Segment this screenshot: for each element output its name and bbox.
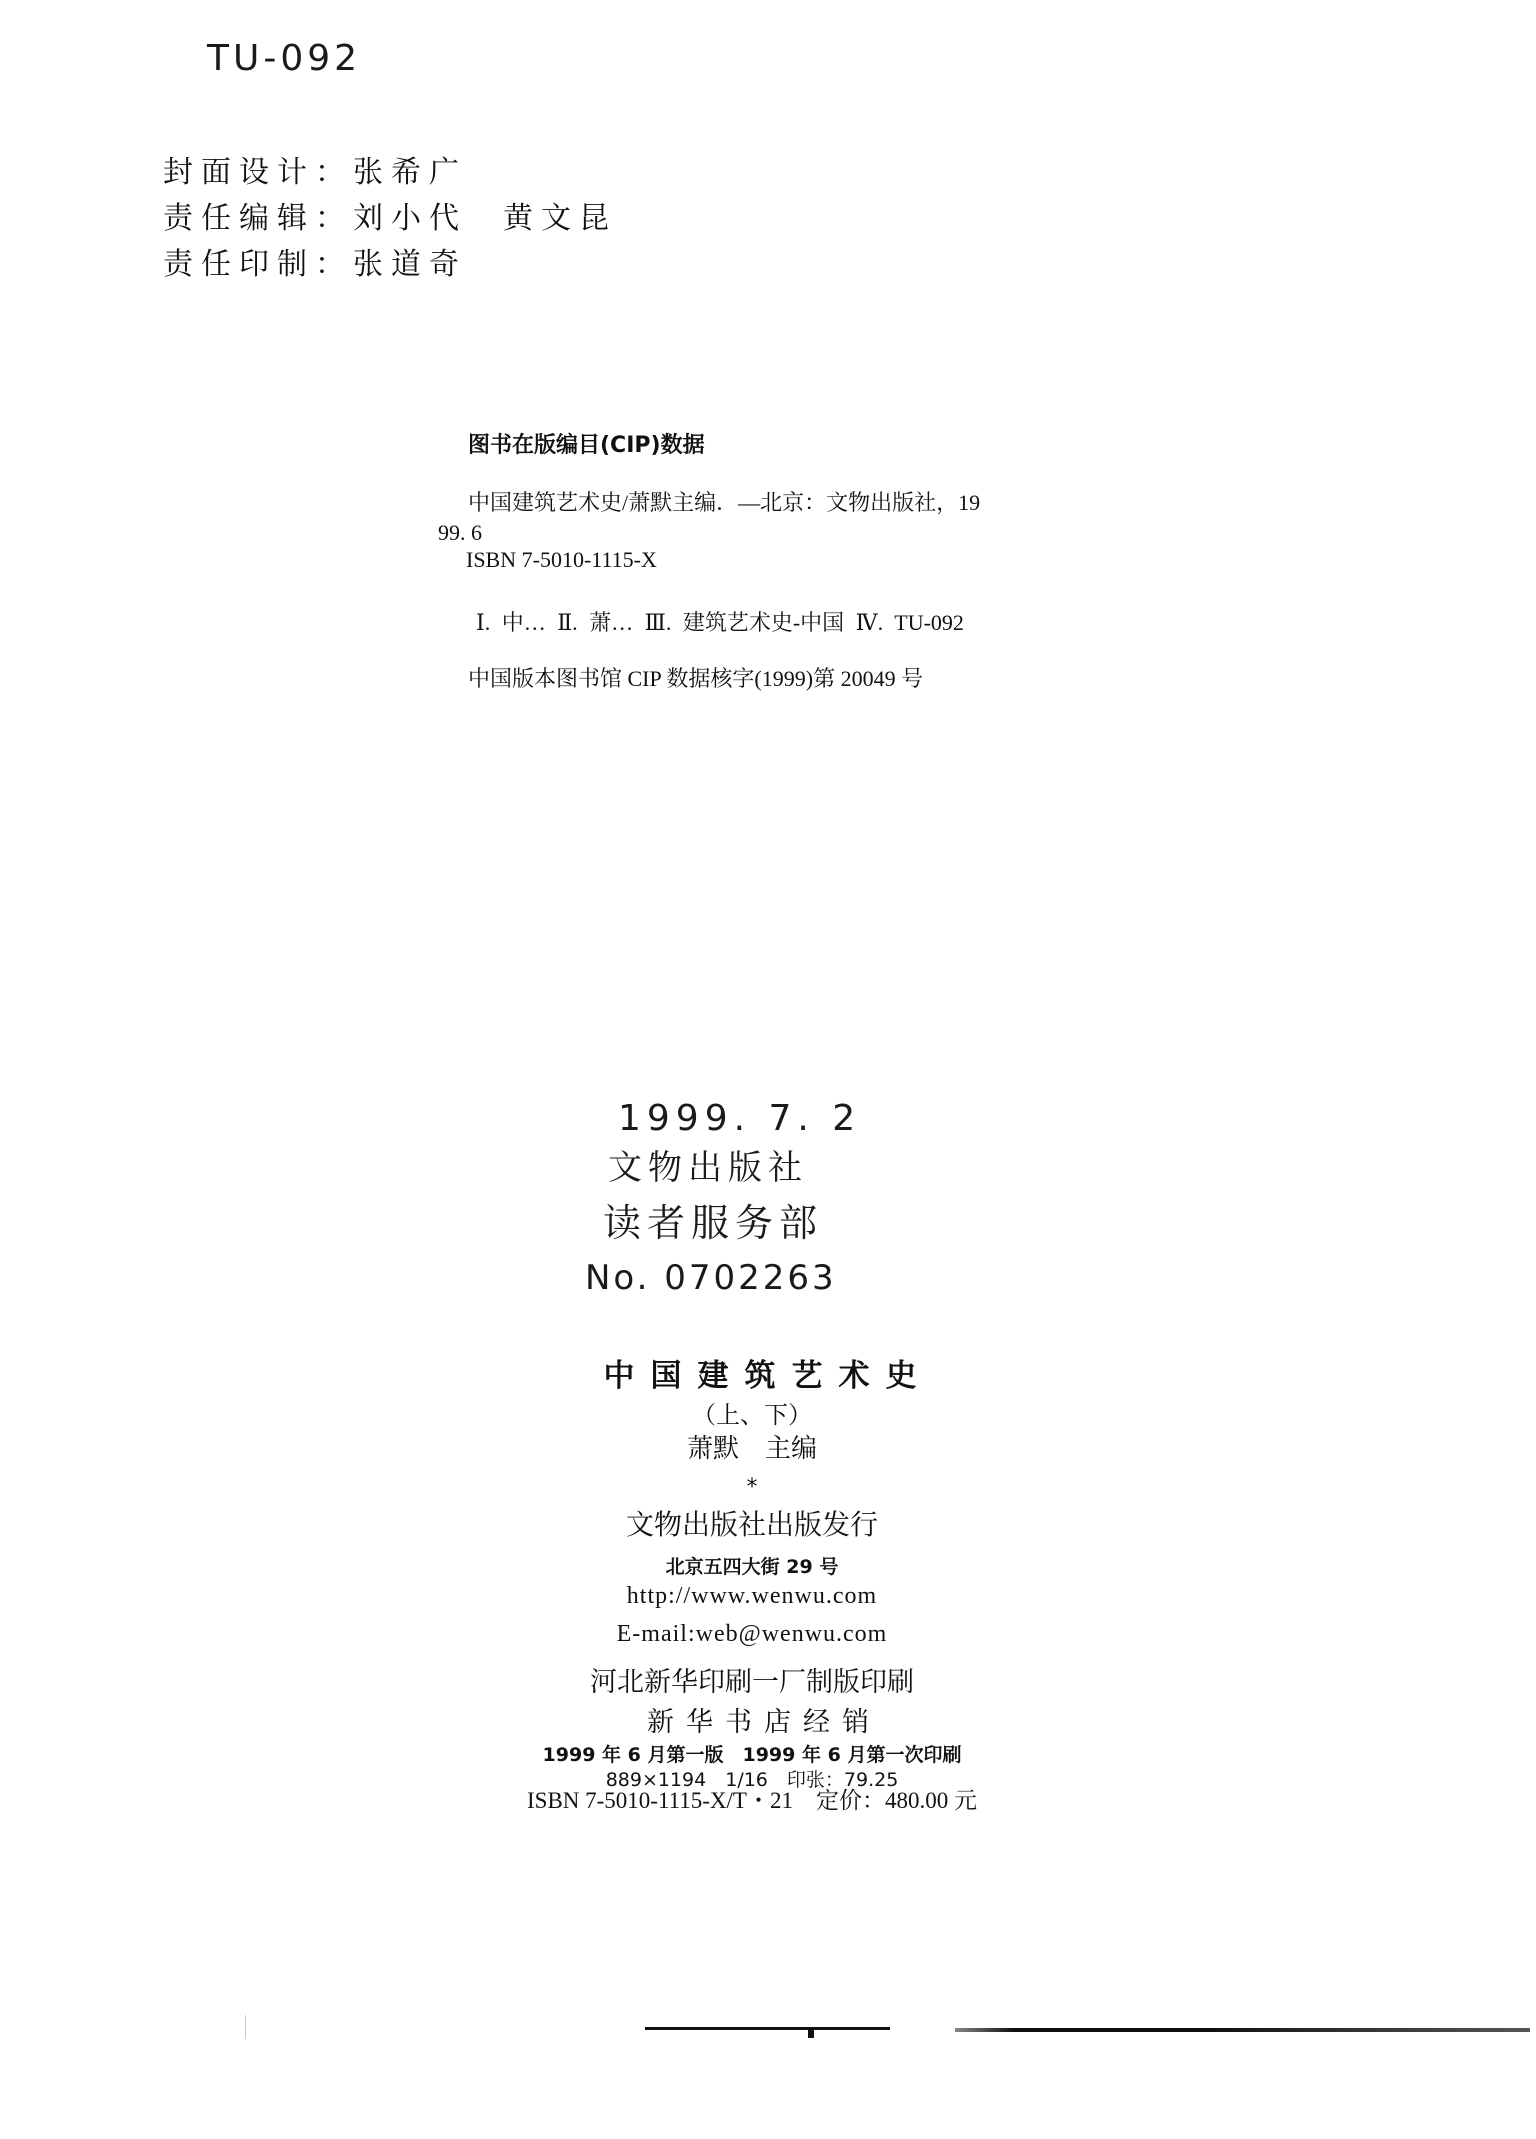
credit-label: 责任印制： xyxy=(163,247,353,282)
colophon-isbn-price: ISBN 7-5010-1115-X/T・21 定价：480.00 元 xyxy=(452,1782,1052,1815)
colophon-volumes: （上、下） xyxy=(452,1395,1052,1430)
cip-line-subjects: Ⅰ. 中… Ⅱ. 萧… Ⅲ. 建筑艺术史-中国 Ⅳ. TU-092 xyxy=(476,606,964,637)
bottom-rule-tick xyxy=(808,2028,814,2038)
scan-mark xyxy=(245,2015,246,2039)
credit-print-supervisor: 责任印制：张道奇 xyxy=(163,242,617,288)
credit-label: 责任编辑： xyxy=(163,201,353,236)
cip-line-isbn: ISBN 7-5010-1115-X xyxy=(466,547,657,573)
cip-line-bibliographic: 中国建筑艺术史/萧默主编．—北京：文物出版社，19 xyxy=(468,486,980,517)
colophon-address: 北京五四大街 29 号 xyxy=(452,1552,1052,1579)
colophon-distributor: 新华书店经销 xyxy=(452,1700,1064,1739)
colophon-author: 萧默 主编 xyxy=(452,1428,1052,1465)
colophon-title: 中国建筑艺术史 xyxy=(452,1350,1068,1395)
credit-label: 封面设计： xyxy=(163,155,353,190)
credit-name: 黄文昆 xyxy=(503,201,617,236)
cip-heading: 图书在版编目(CIP)数据 xyxy=(468,428,705,459)
stamp-publisher: 文物出版社 xyxy=(608,1140,808,1189)
colophon-printer: 河北新华印刷一厂制版印刷 xyxy=(452,1660,1052,1699)
colophon-publisher: 文物出版社出版发行 xyxy=(452,1503,1052,1543)
credit-name: 张道奇 xyxy=(353,247,467,282)
stamp-department: 读者服务部 xyxy=(603,1192,823,1247)
credits-block: 封面设计：张希广 责任编辑：刘小代黄文昆 责任印制：张道奇 xyxy=(163,150,617,288)
cip-line-date: 99. 6 xyxy=(438,520,482,546)
credit-name: 刘小代 xyxy=(353,201,467,236)
call-number: TU-092 xyxy=(207,38,361,79)
bottom-rule-left xyxy=(645,2027,890,2030)
colophon-edition: 1999 年 6 月第一版 1999 年 6 月第一次印刷 xyxy=(452,1740,1052,1767)
colophon-separator: * xyxy=(452,1475,1052,1500)
credit-editor: 责任编辑：刘小代黄文昆 xyxy=(163,196,617,242)
bottom-rule-right xyxy=(955,2028,1530,2032)
colophon-email: E-mail:web@wenwu.com xyxy=(452,1621,1052,1648)
cip-line-record-number: 中国版本图书馆 CIP 数据核字(1999)第 20049 号 xyxy=(468,662,923,693)
credit-cover-design: 封面设计：张希广 xyxy=(163,150,617,196)
stamp-number: No. 0702263 xyxy=(585,1258,837,1298)
stamp-date: 1999. 7. 2 xyxy=(618,1098,861,1139)
credit-name: 张希广 xyxy=(353,155,467,190)
colophon-website: http://www.wenwu.com xyxy=(452,1583,1052,1610)
